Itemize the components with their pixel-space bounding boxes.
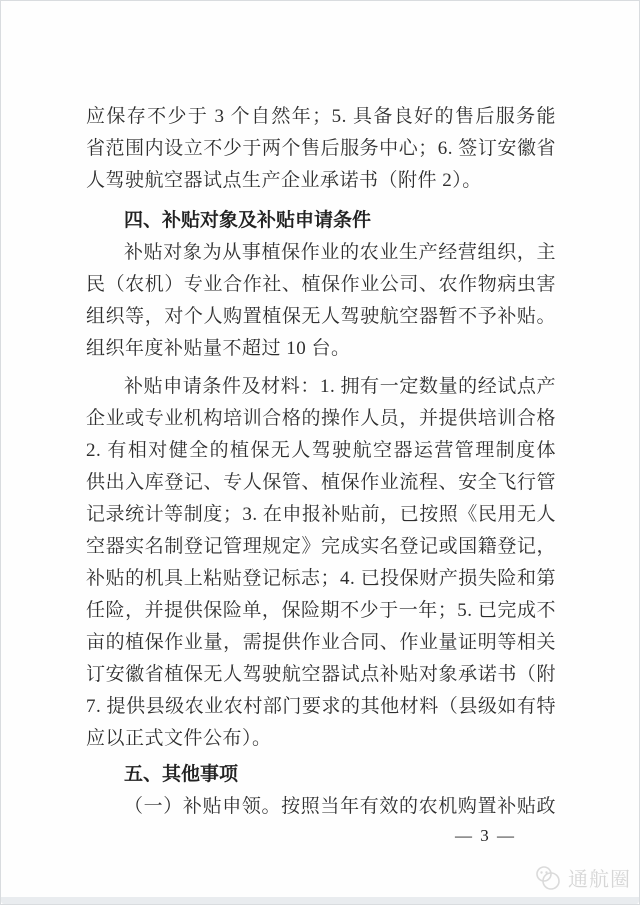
paragraph-line: 记录统计等制度；3. 在申报补贴前，已按照《民用无人驾驶航: [86, 499, 556, 531]
paragraph-line: 应以正式文件公布）。: [86, 723, 556, 755]
tonghangquan-logo-icon: [534, 865, 564, 891]
watermark: 通航圈: [534, 863, 631, 892]
paragraph-line: （一）补贴申领。按照当年有效的农机购置补贴政策规定的: [86, 791, 556, 823]
document-page: 应保存不少于 3 个自然年；5. 具备良好的售后服务能力，在我 省范围内设立不少…: [0, 0, 640, 905]
subsidy-targets-paragraph: 补贴对象为从事植保作业的农业生产经营组织，主要包括农 民（农机）专业合作社、植保…: [86, 237, 556, 365]
paragraph-line: 任险，并提供保险单，保险期不少于一年；5. 已完成不少于 100: [86, 595, 556, 627]
body-text: 应保存不少于 3 个自然年；5. 具备良好的售后服务能力，在我 省范围内设立不少…: [86, 101, 556, 847]
paragraph-line: 补贴申请条件及材料：1. 拥有一定数量的经试点产品生产: [86, 371, 556, 403]
paragraph-line: 补贴的机具上粘贴登记标志；4. 已投保财产损失险和第三者责: [86, 563, 556, 595]
page-number: — 3 —: [86, 825, 556, 847]
paragraph-line: 企业或专业机构培训合格的操作人员，并提供培训合格证明；: [86, 403, 556, 435]
other-items-paragraph: （一）补贴申领。按照当年有效的农机购置补贴政策规定的: [86, 791, 556, 823]
paragraph-line: 民（农机）专业合作社、植保作业公司、农作物病虫害统防统治: [86, 269, 556, 301]
watermark-label: 通航圈: [568, 863, 631, 892]
paragraph-line: 应保存不少于 3 个自然年；5. 具备良好的售后服务能力，在我: [86, 101, 556, 133]
paragraph-line: 7. 提供县级农业农村部门要求的其他材料（县级如有特殊要求，: [86, 691, 556, 723]
page-bottom-edge: [1, 897, 639, 904]
paragraph-line: 空器实名制登记管理规定》完成实名登记或国籍登记，并在申请: [86, 531, 556, 563]
paragraph-line: 订安徽省植保无人驾驶航空器试点补贴对象承诺书（附件 3）；: [86, 659, 556, 691]
paragraph-line: 省范围内设立不少于两个售后服务中心；6. 签订安徽省植保无: [86, 133, 556, 165]
paragraph-line: 组织年度补贴量不超过 10 台。: [86, 333, 556, 365]
section-heading-5: 五、其他事项: [86, 759, 556, 791]
continued-paragraph: 应保存不少于 3 个自然年；5. 具备良好的售后服务能力，在我 省范围内设立不少…: [86, 101, 556, 197]
paragraph-line: 亩的植保作业量，需提供作业合同、作业量证明等相关材料；6. 签: [86, 627, 556, 659]
section-heading-4: 四、补贴对象及补贴申请条件: [86, 205, 556, 237]
paragraph-line: 供出入库登记、专人保管、植保作业流程、安全飞行管控、作业: [86, 467, 556, 499]
paragraph-line: 人驾驶航空器试点生产企业承诺书（附件 2）。: [86, 165, 556, 197]
application-conditions-paragraph: 补贴申请条件及材料：1. 拥有一定数量的经试点产品生产 企业或专业机构培训合格的…: [86, 371, 556, 755]
paragraph-line: 补贴对象为从事植保作业的农业生产经营组织，主要包括农: [86, 237, 556, 269]
paragraph-line: 组织等，对个人购置植保无人驾驶航空器暂不予补贴。同一购机: [86, 301, 556, 333]
paragraph-line: 2. 有相对健全的植保无人驾驶航空器运营管理制度体系，并提: [86, 435, 556, 467]
